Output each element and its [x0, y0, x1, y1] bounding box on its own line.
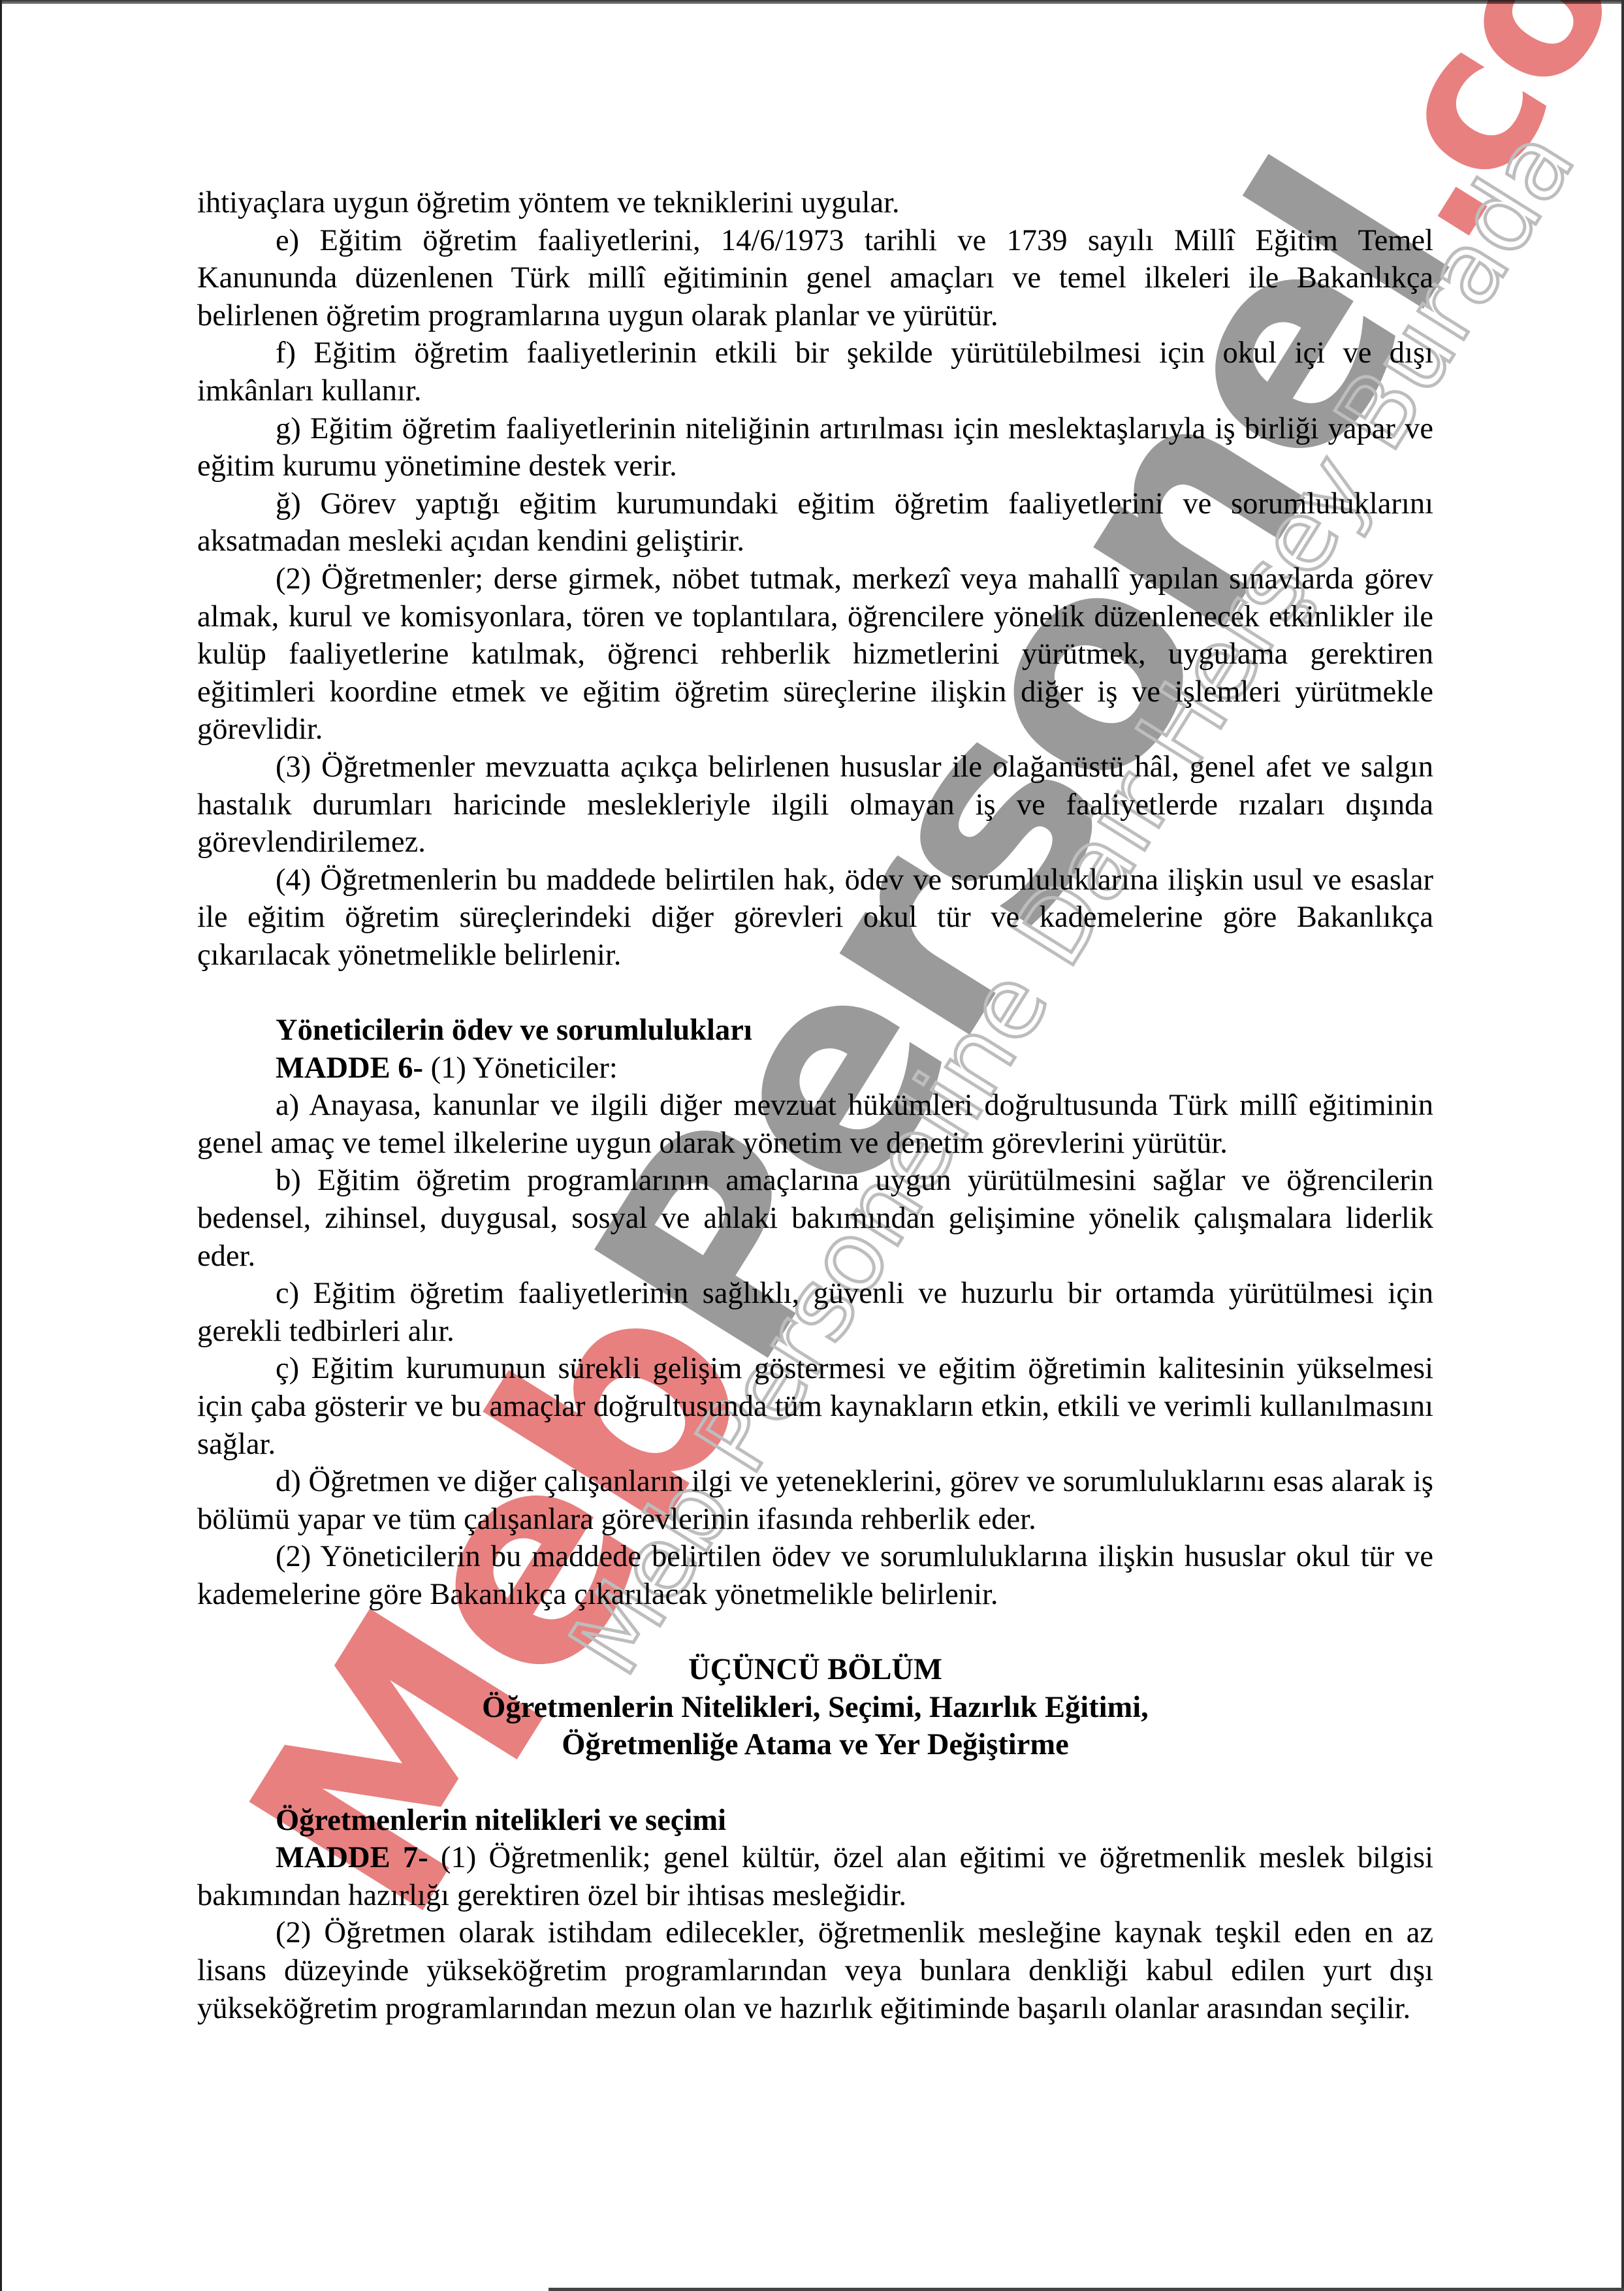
article-intro-text: (1) Yöneticiler: — [423, 1051, 618, 1085]
list-item-g: g) Eğitim öğretim faaliyetlerinin niteli… — [197, 410, 1433, 485]
article-intro: MADDE 6- (1) Yöneticiler: — [197, 1049, 1433, 1087]
document-body: ihtiyaçlara uygun öğretim yöntem ve tekn… — [197, 184, 1433, 2027]
list-item-f: f) Eğitim öğretim faaliyetlerinin etkili… — [197, 334, 1433, 409]
list-item-e: e) Eğitim öğretim faaliyetlerini, 14/6/1… — [197, 222, 1433, 335]
section-title: ÜÇÜNCÜ BÖLÜM — [197, 1651, 1433, 1689]
article-heading: Öğretmenlerin nitelikleri ve seçimi — [197, 1802, 1433, 1840]
paragraph-4: (4) Öğretmenlerin bu maddede belirtilen … — [197, 861, 1433, 974]
article-heading: Yöneticilerin ödev ve sorumlulukları — [197, 1012, 1433, 1049]
article-number: MADDE 6- — [276, 1051, 423, 1085]
section-subtitle: Öğretmenliğe Atama ve Yer Değiştirme — [197, 1726, 1433, 1764]
document-page: ihtiyaçlara uygun öğretim yöntem ve tekn… — [0, 0, 1624, 2291]
scan-edge-left — [0, 0, 2, 2291]
scan-edge-top — [0, 0, 1624, 4]
section-subtitle: Öğretmenlerin Nitelikleri, Seçimi, Hazır… — [197, 1689, 1433, 1727]
list-item-ch: ç) Eğitim kurumunun sürekli gelişim göst… — [197, 1350, 1433, 1463]
list-item-gh: ğ) Görev yaptığı eğitim kurumundaki eğit… — [197, 485, 1433, 560]
spacer — [197, 1614, 1433, 1652]
article-number: MADDE 7- — [276, 1841, 428, 1874]
spacer — [197, 974, 1433, 1012]
list-item-b: b) Eğitim öğretim programlarının amaçlar… — [197, 1162, 1433, 1275]
scan-edge-right — [1621, 0, 1624, 2291]
article-paragraph-2: (2) Öğretmen olarak istihdam edilecekler… — [197, 1914, 1433, 2027]
list-item-d: d) Öğretmen ve diğer çalışanların ilgi v… — [197, 1463, 1433, 1538]
paragraph-2: (2) Yöneticilerin bu maddede belirtilen … — [197, 1538, 1433, 1613]
spacer — [197, 1764, 1433, 1802]
scan-edge-bottom — [549, 2288, 1624, 2291]
paragraph-2: (2) Öğretmenler; derse girmek, nöbet tut… — [197, 560, 1433, 748]
paragraph-3: (3) Öğretmenler mevzuatta açıkça belirle… — [197, 748, 1433, 861]
article-paragraph-1: MADDE 7- (1) Öğretmenlik; genel kültür, … — [197, 1839, 1433, 1914]
list-item-c: c) Eğitim öğretim faaliyetlerinin sağlık… — [197, 1275, 1433, 1350]
list-item-a: a) Anayasa, kanunlar ve ilgili diğer mev… — [197, 1087, 1433, 1162]
continuation-line: ihtiyaçlara uygun öğretim yöntem ve tekn… — [197, 184, 1433, 222]
